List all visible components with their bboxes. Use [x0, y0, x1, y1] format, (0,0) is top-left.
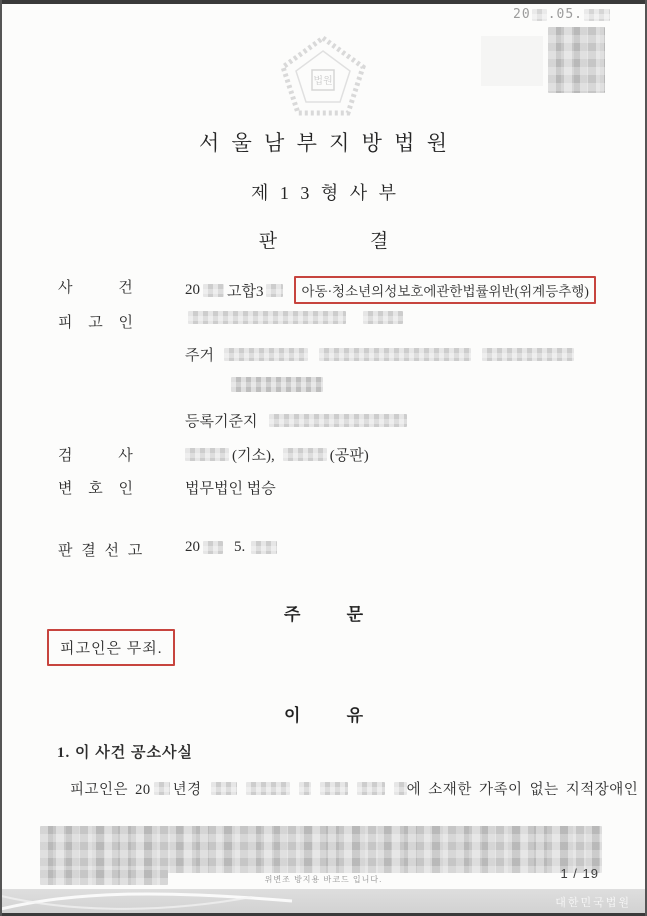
- division-name: 제 1 3 형 사 부: [0, 179, 647, 205]
- redacted-place-2: [246, 782, 290, 795]
- counsel-value: 법무법인 법승: [185, 477, 276, 498]
- seal-text: 법원: [313, 74, 332, 87]
- defendant-value: [185, 311, 406, 324]
- document-type-title: 판 결: [0, 226, 647, 253]
- domicile-row: 등록기준지: [0, 410, 647, 430]
- case-number-prefix: 20: [185, 282, 200, 299]
- sentencing-row: 판 결 선 고 20 5.: [0, 539, 647, 559]
- charge-highlight-box: 아동·청소년의성보호에관한법률위반(위계등추행): [294, 276, 595, 304]
- reasons-body-line: 피고인은 20년경 에 소재한 가족이 없는 지적장애인: [70, 778, 638, 799]
- prosecutor-label: 검 사: [58, 444, 134, 465]
- redacted-prosecutor-2: [283, 448, 327, 461]
- footer-brand: 대한민국법원: [555, 894, 631, 910]
- case-value: 20고합3 아동·청소년의성보호에관한법률위반(위계등추행): [185, 276, 596, 304]
- footer-swoosh-graphic: [2, 889, 645, 913]
- redacted-place-1: [211, 782, 237, 795]
- case-row: 사 건 20고합3 아동·청소년의성보호에관한법률위반(위계등추행): [0, 276, 647, 296]
- residence-row: 주거: [0, 344, 647, 364]
- redacted-receipt-stamp: [548, 27, 605, 93]
- reasons-section-1-title: 1. 이 사건 공소사실: [57, 741, 193, 762]
- redacted-place-3: [299, 782, 311, 795]
- prosecutor-suffix-2: (공판): [330, 444, 369, 465]
- defendant-label: 피 고 인: [58, 311, 134, 332]
- anti-forgery-notice: 위변조 방지용 바코드 입니다.: [0, 874, 647, 885]
- scan-date-mid: .05.: [548, 7, 583, 22]
- sentencing-month: 5.: [234, 539, 245, 556]
- residence-row-2: [0, 377, 647, 397]
- reasons-heading: 이 유: [0, 701, 647, 726]
- redacted-address-4: [231, 377, 323, 392]
- court-seal-watermark: 법원: [279, 35, 367, 117]
- counsel-label: 변 호 인: [58, 477, 134, 498]
- redacted-place-4: [320, 782, 348, 795]
- scan-date-prefix: 20: [513, 7, 531, 22]
- redacted-defendant-name: [188, 311, 346, 324]
- domicile-value: 등록기준지: [185, 410, 410, 431]
- verdict-highlight-box: 피고인은 무죄.: [47, 629, 175, 666]
- redacted-sentencing-year: [203, 541, 223, 554]
- redacted-case-year: [203, 284, 224, 297]
- residence-label: 주거: [185, 344, 214, 365]
- scan-date: 20.05.: [513, 7, 611, 22]
- residence-value-2: [228, 377, 326, 392]
- case-label: 사 건: [58, 276, 134, 297]
- court-name: 서 울 남 부 지 방 법 원: [0, 127, 647, 157]
- redacted-scan-date-day: [584, 9, 610, 21]
- judgment-document-page: 20.05. 법원 서 울 남 부 지 방 법 원 제 1 3 형 사 부 판 …: [0, 0, 647, 916]
- order-heading: 주 문: [0, 600, 647, 625]
- faint-stamp-area: [481, 36, 543, 86]
- domicile-label: 등록기준지: [185, 410, 257, 431]
- redacted-sentencing-day: [251, 541, 277, 554]
- redacted-bottom-block: [40, 826, 602, 873]
- case-number-mid: 고합3: [227, 280, 263, 301]
- redacted-defendant-info: [363, 311, 403, 324]
- body-seg-3: 에 소재한 가족이 없는 지적장애인: [407, 778, 639, 799]
- redacted-address-2: [319, 348, 471, 361]
- sentencing-value: 20 5.: [185, 539, 280, 556]
- redacted-prosecutor-1: [185, 448, 229, 461]
- body-seg-2: 년경: [173, 778, 202, 799]
- footer-band: [2, 889, 645, 913]
- sentencing-label: 판 결 선 고: [58, 539, 143, 560]
- redacted-place-6: [394, 782, 407, 795]
- body-seg-1: 피고인은 20: [70, 778, 151, 799]
- defendant-row: 피 고 인: [0, 311, 647, 331]
- redacted-scan-date-year: [532, 9, 547, 21]
- prosecutor-value: (기소), (공판): [185, 444, 369, 465]
- scan-edge-top: [0, 0, 647, 4]
- counsel-row: 변 호 인 법무법인 법승: [0, 477, 647, 497]
- redacted-place-5: [357, 782, 385, 795]
- prosecutor-suffix-1: (기소),: [232, 444, 275, 465]
- page-indicator: 1 / 19: [560, 866, 599, 881]
- residence-value: 주거: [185, 344, 577, 365]
- redacted-year: [154, 782, 170, 795]
- scan-edge-left: [0, 0, 2, 916]
- redacted-domicile: [269, 414, 407, 427]
- prosecutor-row: 검 사 (기소), (공판): [0, 444, 647, 464]
- redacted-case-serial: [266, 284, 283, 297]
- redacted-address-3: [482, 348, 574, 361]
- sentencing-year-prefix: 20: [185, 539, 200, 556]
- redacted-address-1: [224, 348, 308, 361]
